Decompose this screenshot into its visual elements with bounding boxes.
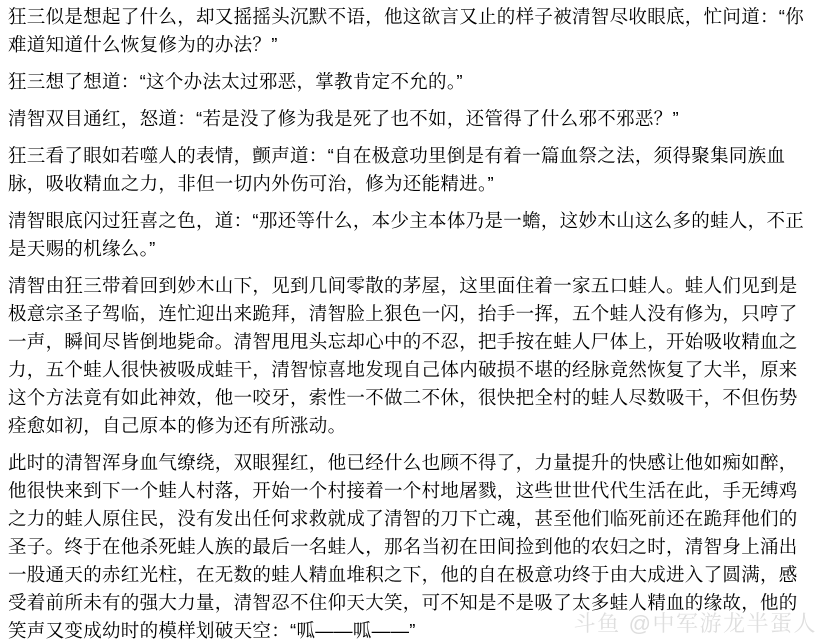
- paragraph: 清智双目通红，怒道：“若是没了修为我是死了也不如，还管得了什么邪不邪恶？”: [8, 105, 815, 133]
- paragraph: 狂三似是想起了什么，却又摇摇头沉默不语，他这欲言又止的样子被清智尽收眼底，忙问道…: [8, 3, 815, 59]
- paragraph: 狂三看了眼如若噬人的表情，颤声道：“自在极意功里倒是有着一篇血祭之法，须得聚集同…: [8, 142, 815, 198]
- paragraph: 清智由狂三带着回到妙木山下，见到几间零散的茅屋，这里面住着一家五口蛙人。蛙人们见…: [8, 272, 815, 440]
- paragraph: 此时的清智浑身血气缭绕，双眼猩红，他已经什么也顾不得了，力量提升的快感让他如痴如…: [8, 449, 815, 643]
- novel-page: 狂三似是想起了什么，却又摇摇头沉默不语，他这欲言又止的样子被清智尽收眼底，忙问道…: [0, 0, 823, 643]
- paragraph: 狂三想了想道：“这个办法太过邪恶，掌教肯定不允的。”: [8, 68, 815, 96]
- paragraph: 清智眼底闪过狂喜之色，道：“那还等什么，本少主本体乃是一蟾，这妙木山这么多的蛙人…: [8, 207, 815, 263]
